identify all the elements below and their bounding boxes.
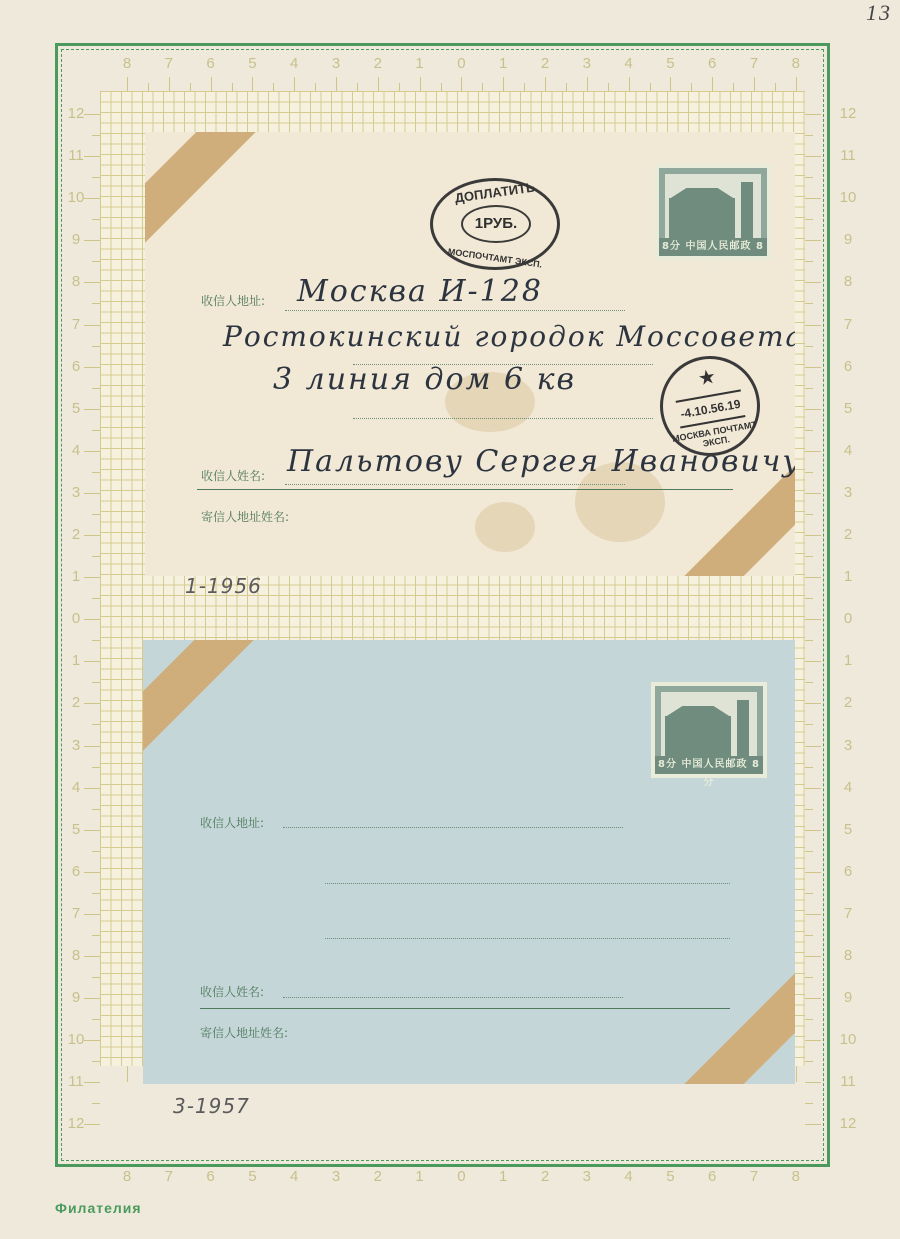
- ruler-tick: [84, 872, 100, 873]
- publisher-label: Филателия: [55, 1200, 142, 1216]
- ruler-tick: [805, 1040, 821, 1041]
- ruler-label: 2: [368, 55, 388, 72]
- ruler-tick: [805, 198, 821, 199]
- stamp-value-label: 8分 中国人民邮政 8分: [655, 756, 763, 774]
- ruler-label: 6: [836, 863, 860, 880]
- ruler-label: 7: [159, 55, 179, 72]
- ruler-tick: [92, 977, 100, 978]
- ruler-label: 2: [836, 694, 860, 711]
- ruler-label: 7: [159, 1168, 179, 1185]
- ruler-tick: [92, 598, 100, 599]
- ruler-tick: [805, 809, 813, 810]
- ruler-label: 10: [836, 189, 860, 206]
- ruler-label: 5: [836, 400, 860, 417]
- ruler-tick: [294, 77, 295, 91]
- handwritten-street: 3 линия дом 6 кв: [273, 362, 576, 397]
- ruler-tick: [805, 282, 821, 283]
- ruler-tick: [92, 893, 100, 894]
- ruler-tick: [92, 724, 100, 725]
- ruler-tick: [805, 535, 821, 536]
- ruler-tick: [92, 177, 100, 178]
- ruler-label: 4: [836, 442, 860, 459]
- ruler-label: 7: [836, 905, 860, 922]
- ruler-tick: [84, 240, 100, 241]
- address-line-1: [283, 827, 623, 828]
- ruler-tick: [566, 83, 567, 91]
- ruler-tick: [84, 156, 100, 157]
- ruler-label: 2: [836, 526, 860, 543]
- photo-corner-top-left: [145, 132, 260, 248]
- ruler-tick: [84, 451, 100, 452]
- ruler-label: 9: [836, 989, 860, 1006]
- ruler-tick: [84, 746, 100, 747]
- ruler-tick: [357, 83, 358, 91]
- ruler-tick: [805, 598, 813, 599]
- ruler-tick: [805, 451, 821, 452]
- ruler-tick: [84, 998, 100, 999]
- ruler-tick: [315, 83, 316, 91]
- ruler-tick: [84, 535, 100, 536]
- ruler-tick: [169, 77, 170, 91]
- ruler-tick: [92, 514, 100, 515]
- ruler-label: 6: [201, 1168, 221, 1185]
- ruler-label: 1: [410, 55, 430, 72]
- address-line-2: [325, 883, 730, 884]
- ruler-tick: [775, 83, 776, 91]
- ruler-tick: [92, 682, 100, 683]
- ruler-tick: [92, 556, 100, 557]
- ruler-tick: [805, 135, 813, 136]
- ruler-tick: [84, 788, 100, 789]
- ruler-tick: [691, 83, 692, 91]
- ruler-tick: [92, 303, 100, 304]
- ruler-label: 4: [284, 55, 304, 72]
- ruler-tick: [805, 956, 821, 957]
- ruler-label: 3: [577, 55, 597, 72]
- stamp-value-label: 8分 中国人民邮政 8分: [659, 238, 767, 256]
- ruler-tick: [629, 77, 630, 91]
- ruler-label: 4: [619, 1168, 639, 1185]
- ruler-tick: [211, 77, 212, 91]
- ruler-label: 8: [786, 1168, 806, 1185]
- ruler-tick: [92, 388, 100, 389]
- ruler-tick: [232, 83, 233, 91]
- ruler-tick: [84, 282, 100, 283]
- ruler-tick: [805, 577, 821, 578]
- ruler-tick: [805, 935, 813, 936]
- ruler-tick: [92, 135, 100, 136]
- ruler-tick: [608, 83, 609, 91]
- ruler-tick: [805, 1082, 821, 1083]
- ruler-tick: [805, 346, 813, 347]
- ruler-label: 1: [410, 1168, 430, 1185]
- ruler-label: 7: [744, 55, 764, 72]
- ruler-tick: [336, 77, 337, 91]
- ruler-tick: [805, 1103, 813, 1104]
- ruler-label: 8: [786, 55, 806, 72]
- caption-envelope-2: 3-1957: [173, 1094, 250, 1118]
- ruler-tick: [805, 261, 813, 262]
- ruler-tick: [805, 914, 821, 915]
- ruler-tick: [805, 514, 813, 515]
- ruler-label: 1: [836, 568, 860, 585]
- ruler-tick: [805, 388, 813, 389]
- ruler-label: 8: [836, 273, 860, 290]
- ruler-label: 5: [242, 55, 262, 72]
- ruler-tick: [84, 367, 100, 368]
- ruler-tick: [482, 83, 483, 91]
- ruler-tick: [84, 577, 100, 578]
- ruler-tick: [92, 767, 100, 768]
- ruler-tick: [92, 472, 100, 473]
- ruler-tick: [92, 1061, 100, 1062]
- ruler-tick: [650, 83, 651, 91]
- ruler-label: 2: [535, 1168, 555, 1185]
- postage-due-cancellation: ДОПЛАТИТЬ 1РУБ. МОСПОЧТАМТ ЭКСП.: [430, 178, 560, 270]
- ruler-tick: [805, 493, 821, 494]
- ruler-label: 7: [836, 316, 860, 333]
- ruler-tick: [84, 114, 100, 115]
- ruler-label: 5: [242, 1168, 262, 1185]
- ruler-tick: [84, 914, 100, 915]
- ruler-tick: [805, 661, 821, 662]
- printed-stamp-tiananmen: 8分 中国人民邮政 8分: [655, 164, 771, 260]
- ruler-tick: [805, 682, 813, 683]
- ruler-label: 3: [577, 1168, 597, 1185]
- ruler-tick: [84, 619, 100, 620]
- ruler-tick: [545, 77, 546, 91]
- caption-envelope-1: 1-1956: [185, 574, 262, 598]
- address-label: 收信人地址:: [201, 292, 265, 309]
- ruler-label: 6: [702, 1168, 722, 1185]
- envelope-1957: 8分 中国人民邮政 8分 收信人地址: 收信人姓名: 寄信人地址姓名:: [143, 640, 795, 1084]
- ruler-tick: [84, 1040, 100, 1041]
- ruler-tick: [84, 1124, 100, 1125]
- ruler-tick: [92, 851, 100, 852]
- ruler-tick: [805, 893, 813, 894]
- ruler-label: 2: [535, 55, 555, 72]
- address-label: 收信人地址:: [200, 814, 264, 831]
- ruler-tick: [805, 1019, 813, 1020]
- ruler-tick: [92, 261, 100, 262]
- ruler-tick: [805, 367, 821, 368]
- ruler-tick: [84, 409, 100, 410]
- stain: [475, 502, 535, 552]
- ruler-tick: [805, 219, 813, 220]
- ruler-tick: [805, 303, 813, 304]
- ruler-tick: [805, 998, 821, 999]
- ruler-tick: [805, 177, 813, 178]
- ruler-tick: [805, 1124, 821, 1125]
- ruler-label: 8: [117, 55, 137, 72]
- ruler-tick: [796, 1066, 797, 1082]
- ruler-tick: [805, 724, 813, 725]
- ruler-tick: [805, 830, 821, 831]
- ruler-tick: [84, 325, 100, 326]
- ruler-tick: [127, 77, 128, 91]
- ruler-label: 5: [836, 821, 860, 838]
- ruler-tick: [92, 346, 100, 347]
- name-line: [285, 484, 625, 485]
- name-line: [283, 997, 623, 998]
- ruler-tick: [524, 83, 525, 91]
- ruler-tick: [805, 1061, 813, 1062]
- ruler-tick: [805, 619, 821, 620]
- address-line-1: [285, 310, 625, 311]
- ruler-tick: [84, 1082, 100, 1083]
- ruler-label: 8: [117, 1168, 137, 1185]
- ruler-tick: [420, 77, 421, 91]
- ruler-label: 1: [836, 652, 860, 669]
- ruler-tick: [84, 703, 100, 704]
- ruler-label: 4: [836, 779, 860, 796]
- ruler-tick: [503, 77, 504, 91]
- ruler-tick: [712, 77, 713, 91]
- photo-corner-bottom-right: [680, 968, 795, 1084]
- ruler-tick: [805, 325, 821, 326]
- ruler-tick: [805, 156, 821, 157]
- recipient-name-label: 收信人姓名:: [201, 467, 265, 484]
- ruler-label: 12: [836, 1115, 860, 1132]
- address-line-3: [325, 938, 730, 939]
- ruler-tick: [441, 83, 442, 91]
- ruler-tick: [190, 83, 191, 91]
- photo-corner-top-left: [143, 640, 258, 756]
- ruler-label: 7: [744, 1168, 764, 1185]
- ruler-tick: [84, 661, 100, 662]
- sender-label: 寄信人地址姓名:: [200, 1024, 288, 1041]
- ruler-label: 6: [201, 55, 221, 72]
- ruler-tick: [84, 830, 100, 831]
- ruler-tick: [805, 767, 813, 768]
- ruler-label: 12: [836, 105, 860, 122]
- ruler-tick: [252, 77, 253, 91]
- ruler-label: 6: [702, 55, 722, 72]
- ruler-tick: [805, 240, 821, 241]
- ruler-tick: [84, 198, 100, 199]
- ruler-tick: [805, 409, 821, 410]
- ruler-tick: [273, 83, 274, 91]
- ruler-label: 3: [326, 55, 346, 72]
- ruler-tick: [805, 430, 813, 431]
- ruler-tick: [805, 977, 813, 978]
- ruler-label: 1: [493, 1168, 513, 1185]
- ruler-label: 3: [326, 1168, 346, 1185]
- ruler-tick: [670, 77, 671, 91]
- ruler-tick: [805, 788, 821, 789]
- ruler-tick: [733, 83, 734, 91]
- ruler-label: 0: [836, 610, 860, 627]
- ruler-label: 5: [660, 1168, 680, 1185]
- ruler-tick: [92, 430, 100, 431]
- ruler-label: 0: [451, 55, 471, 72]
- ruler-label: 3: [836, 737, 860, 754]
- divider-line: [197, 489, 733, 490]
- ruler-tick: [805, 872, 821, 873]
- ruler-tick: [84, 956, 100, 957]
- ruler-tick: [754, 77, 755, 91]
- ruler-label: 3: [836, 484, 860, 501]
- ruler-tick: [92, 809, 100, 810]
- ruler-label: 11: [836, 1073, 860, 1090]
- ruler-tick: [805, 703, 821, 704]
- page-number: 13: [866, 0, 892, 26]
- ruler-tick: [92, 935, 100, 936]
- ruler-tick: [805, 640, 813, 641]
- ruler-tick: [796, 77, 797, 91]
- handwritten-city: Москва И-128: [297, 274, 543, 309]
- star-icon: ★: [696, 364, 718, 392]
- handwritten-district: Ростокинский городок Моссовета: [223, 320, 795, 353]
- ruler-label: 8: [836, 947, 860, 964]
- postage-due-amount: 1РУБ.: [461, 205, 531, 243]
- ruler-tick: [805, 114, 821, 115]
- ruler-tick: [378, 77, 379, 91]
- ruler-label: 11: [836, 147, 860, 164]
- address-line-3: [353, 418, 653, 419]
- ruler-label: 1: [493, 55, 513, 72]
- ruler-label: 5: [660, 55, 680, 72]
- ruler-tick: [399, 83, 400, 91]
- ruler-tick: [805, 556, 813, 557]
- ruler-tick: [92, 1019, 100, 1020]
- ruler-tick: [92, 1103, 100, 1104]
- ruler-tick: [84, 493, 100, 494]
- ruler-label: 0: [451, 1168, 471, 1185]
- recipient-name-label: 收信人姓名:: [200, 983, 264, 1000]
- ruler-tick: [148, 83, 149, 91]
- ruler-label: 9: [836, 231, 860, 248]
- ruler-label: 6: [836, 358, 860, 375]
- ruler-tick: [92, 640, 100, 641]
- ruler-tick: [805, 851, 813, 852]
- printed-stamp-tiananmen: 8分 中国人民邮政 8分: [651, 682, 767, 778]
- ruler-tick: [461, 77, 462, 91]
- ruler-tick: [805, 746, 821, 747]
- divider-line: [200, 1008, 730, 1009]
- ruler-label: 4: [619, 55, 639, 72]
- ruler-label: 4: [284, 1168, 304, 1185]
- ruler-tick: [587, 77, 588, 91]
- ruler-label: 2: [368, 1168, 388, 1185]
- ruler-tick: [127, 1066, 128, 1082]
- sender-label: 寄信人地址姓名:: [201, 508, 289, 525]
- ruler-label: 10: [836, 1031, 860, 1048]
- ruler-tick: [92, 219, 100, 220]
- ruler-tick: [805, 472, 813, 473]
